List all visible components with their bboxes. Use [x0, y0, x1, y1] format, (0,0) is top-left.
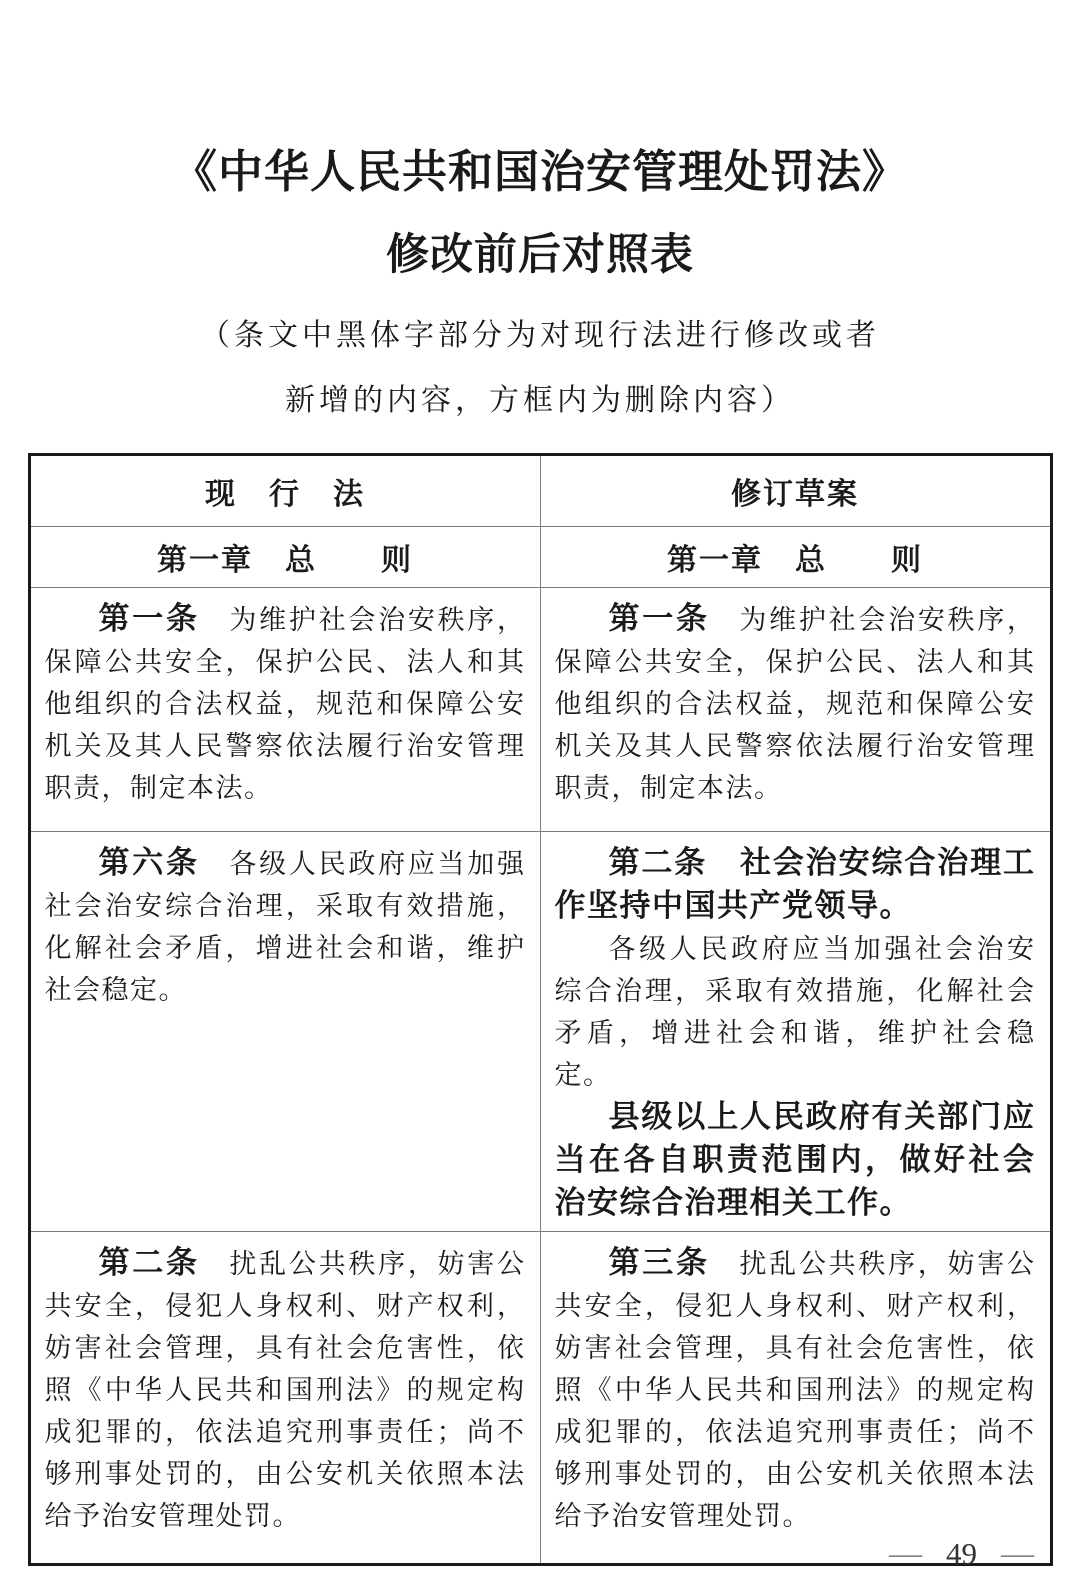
emphasized-text-segment: 第二条 社会治安综合治理工作坚持中国共产党领导。 — [555, 845, 1036, 923]
table-cell-current-law: 第六条 各级人民政府应当加强社会治安综合治理，采取有效措施，化解社会矛盾，增进社… — [29, 831, 540, 1231]
article-paragraph: 县级以上人民政府有关部门应当在各自职责范围内，做好社会治安综合治理相关工作。 — [555, 1096, 1036, 1225]
footer-dash-left: — — [889, 1536, 922, 1572]
article-row: 第六条 各级人民政府应当加强社会治安综合治理，采取有效措施，化解社会矛盾，增进社… — [29, 831, 1051, 1231]
table-header-row: 现 行 法 修订草案 — [29, 454, 1051, 526]
emphasized-text-segment: 第一条 — [99, 601, 200, 636]
chapter-cell-revised-draft: 第一章 总 则 — [540, 526, 1051, 587]
article-paragraph: 第六条 各级人民政府应当加强社会治安综合治理，采取有效措施，化解社会矛盾，增进社… — [45, 842, 526, 1011]
article-row: 第二条 扰乱公共秩序，妨害公共安全，侵犯人身权利、财产权利，妨害社会管理，具有社… — [29, 1231, 1051, 1564]
article-paragraph: 第二条 社会治安综合治理工作坚持中国共产党领导。 — [555, 842, 1036, 928]
text-segment: 扰乱公共秩序，妨害公共安全，侵犯人身权利、财产权利，妨害社会管理，具有社会危害性… — [45, 1249, 526, 1531]
table-head-rows: 现 行 法 修订草案 第一章 总 则 第一章 总 则 — [29, 454, 1051, 587]
article-paragraph: 第三条 扰乱公共秩序，妨害公共安全，侵犯人身权利、财产权利，妨害社会管理，具有社… — [555, 1242, 1036, 1537]
column-header-current-law: 现 行 法 — [29, 454, 540, 526]
emphasized-text-segment: 第三条 — [609, 1245, 710, 1280]
article-paragraph: 各级人民政府应当加强社会治安综合治理，采取有效措施，化解社会矛盾，增进社会和谐，… — [555, 928, 1036, 1096]
table-cell-revised-draft: 第三条 扰乱公共秩序，妨害公共安全，侵犯人身权利、财产权利，妨害社会管理，具有社… — [540, 1231, 1051, 1564]
comparison-table: 现 行 法 修订草案 第一章 总 则 第一章 总 则 第一条 为维护社会治安秩序… — [28, 453, 1053, 1566]
emphasized-text-segment: 县级以上人民政府有关部门应当在各自职责范围内，做好社会治安综合治理相关工作。 — [555, 1099, 1036, 1220]
chapter-row: 第一章 总 则 第一章 总 则 — [29, 526, 1051, 587]
document-title-line2: 修改前后对照表 — [0, 232, 1080, 279]
table-article-rows: 第一条 为维护社会治安秩序，保障公共安全，保护公民、法人和其他组织的合法权益，规… — [29, 587, 1051, 1564]
text-segment: 各级人民政府应当加强社会治安综合治理，采取有效措施，化解社会矛盾，增进社会和谐，… — [555, 934, 1036, 1090]
emphasized-text-segment: 第二条 — [99, 1245, 200, 1280]
table-cell-current-law: 第一条 为维护社会治安秩序，保障公共安全，保护公民、法人和其他组织的合法权益，规… — [29, 587, 540, 831]
table-cell-revised-draft: 第二条 社会治安综合治理工作坚持中国共产党领导。各级人民政府应当加强社会治安综合… — [540, 831, 1051, 1231]
article-paragraph: 第一条 为维护社会治安秩序，保障公共安全，保护公民、法人和其他组织的合法权益，规… — [45, 598, 526, 809]
article-row: 第一条 为维护社会治安秩序，保障公共安全，保护公民、法人和其他组织的合法权益，规… — [29, 587, 1051, 831]
article-paragraph: 第二条 扰乱公共秩序，妨害公共安全，侵犯人身权利、财产权利，妨害社会管理，具有社… — [45, 1242, 526, 1537]
text-segment: 扰乱公共秩序，妨害公共安全，侵犯人身权利、财产权利，妨害社会管理，具有社会危害性… — [555, 1249, 1036, 1531]
document-page: 《中华人民共和国治安管理处罚法》 修改前后对照表 （条文中黑体字部分为对现行法进… — [0, 0, 1080, 1596]
table-cell-revised-draft: 第一条 为维护社会治安秩序，保障公共安全，保护公民、法人和其他组织的合法权益，规… — [540, 587, 1051, 831]
emphasized-text-segment: 第一条 — [609, 601, 710, 636]
page-number: —49— — [889, 1536, 1034, 1573]
document-subtitle-line1: （条文中黑体字部分为对现行法进行修改或者 — [0, 319, 1080, 352]
footer-page-number: 49 — [946, 1536, 977, 1571]
column-header-revised-draft: 修订草案 — [540, 454, 1051, 526]
article-paragraph: 第一条 为维护社会治安秩序，保障公共安全，保护公民、法人和其他组织的合法权益，规… — [555, 598, 1036, 809]
document-title-line1: 《中华人民共和国治安管理处罚法》 — [0, 0, 1080, 198]
footer-dash-right: — — [1001, 1536, 1034, 1572]
emphasized-text-segment: 第六条 — [99, 845, 200, 880]
table-cell-current-law: 第二条 扰乱公共秩序，妨害公共安全，侵犯人身权利、财产权利，妨害社会管理，具有社… — [29, 1231, 540, 1564]
chapter-cell-current-law: 第一章 总 则 — [29, 526, 540, 587]
document-subtitle-line2: 新增的内容，方框内为删除内容） — [0, 384, 1080, 417]
